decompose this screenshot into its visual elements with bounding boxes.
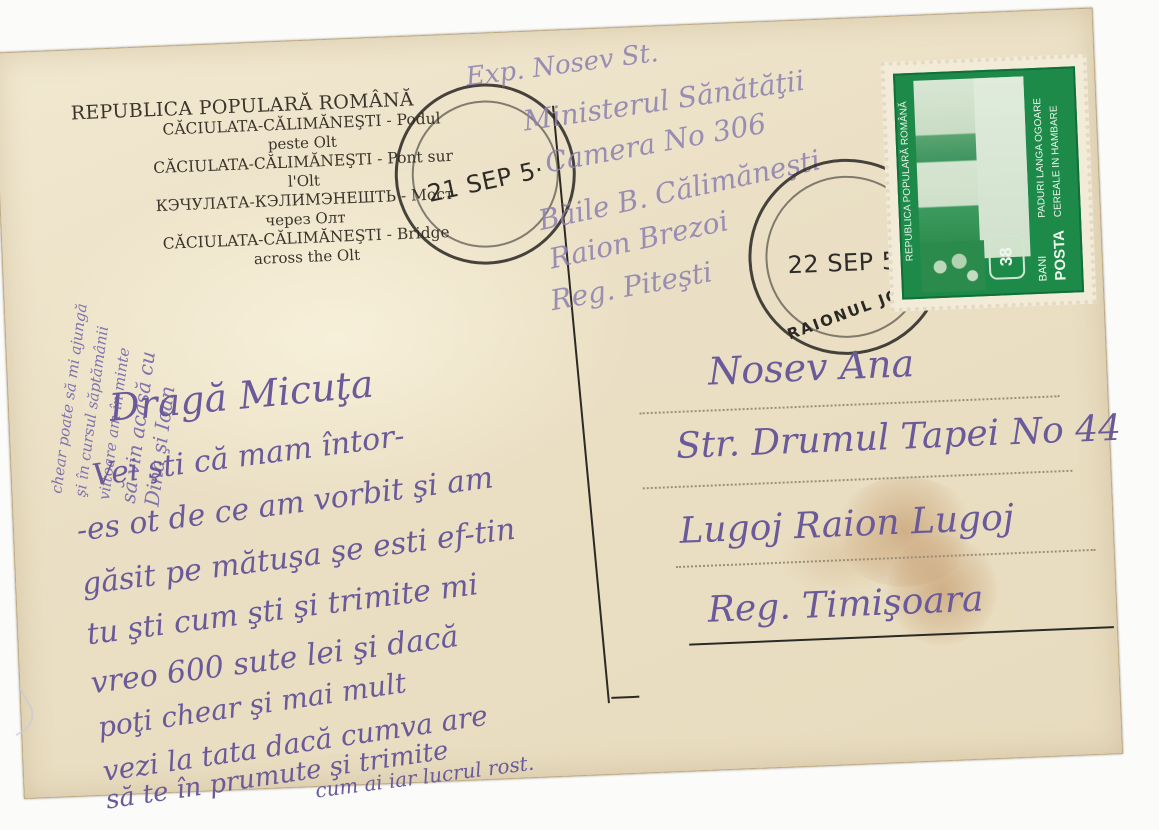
stamp-caption: PADURI LANGA OGOARE CEREALE IN HAMBARE	[1029, 77, 1075, 219]
stamp-caption-line-2: CEREALE IN HAMBARE	[1048, 105, 1064, 217]
address-line-1	[640, 395, 1060, 414]
address-line-2	[643, 470, 1073, 490]
stamp-denomination: BANI POSTA	[1034, 230, 1076, 282]
stamp-caption-line-1: PADURI LANGA OGOARE	[1032, 98, 1048, 218]
postage-stamp: REPUBLICA POPULARĂ ROMÂNĂ PADURI LANGA O…	[881, 54, 1097, 312]
recipient-street: Str. Drumul Tapei No 44	[675, 408, 1122, 467]
recipient-name: Nosev Ana	[707, 341, 915, 393]
stamp-frame: REPUBLICA POPULARĂ ROMÂNĂ PADURI LANGA O…	[893, 66, 1084, 299]
card-divider-foot	[611, 696, 639, 699]
stamp-value: 38	[988, 235, 1026, 280]
stamp-leaves-ornament	[920, 240, 986, 293]
stamp-unit: BANI	[1037, 256, 1050, 282]
stamp-service: POSTA	[1051, 230, 1070, 281]
stamp-illustration-field	[973, 76, 1030, 258]
address-line-4	[689, 626, 1114, 645]
sender-line: Exp. Nosev St.	[464, 38, 660, 92]
postcard-back: chear poate să mi ajungă şi în cursul să…	[0, 8, 1123, 799]
